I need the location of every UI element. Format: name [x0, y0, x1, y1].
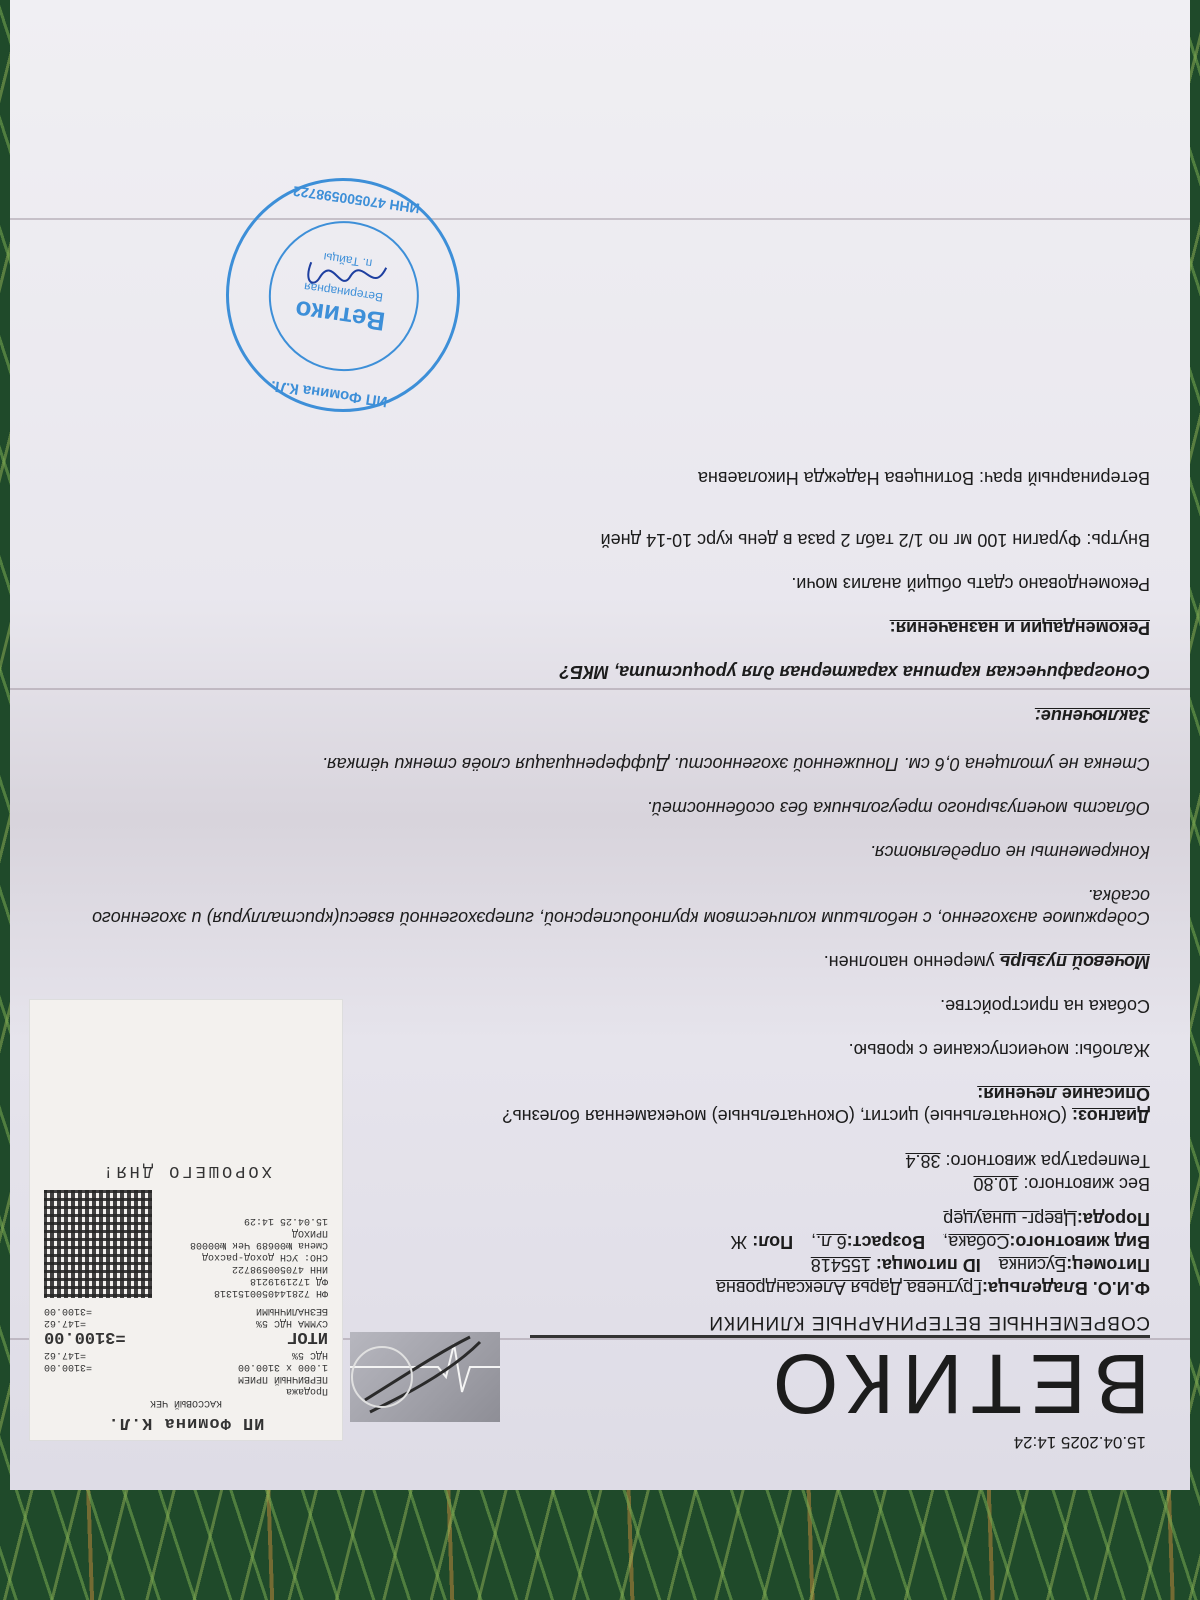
cash-receipt: ИП Фомина К.Л. КАССОВЫЙ ЧЕК Продажа ПЕРВ… — [30, 1000, 342, 1440]
receipt-total: =3100.00 — [44, 1330, 126, 1342]
vet-name: Вотинцева Надежда Николаевна — [698, 468, 974, 488]
pet-age: 6 л., — [811, 1232, 847, 1252]
pet-id: 155418 — [811, 1255, 871, 1275]
pet-name: Бусинка — [999, 1255, 1067, 1275]
vet-document: 15.04.2025 14:24 ВЕТИКО СОВРЕМЕННЫЕ ВЕТЕ… — [10, 0, 1190, 1490]
owner-name: Грутнева Дарья Александровна — [716, 1278, 982, 1298]
bladder-text: умеренно наполнен. — [824, 952, 995, 972]
complaints-text: мочеиспускание с кровью. — [849, 1040, 1070, 1060]
receipt-farewell: ХОРОШЕГО ДНЯ! — [44, 1164, 328, 1176]
receipt-seller: ИП Фомина К.Л. — [44, 1416, 328, 1428]
clinic-logo: ВЕТИКО — [510, 1342, 1150, 1426]
conclusion-text: Сонографическая картина характерная для … — [50, 661, 1150, 683]
recommendations-heading: Рекомендации и назначения: — [50, 617, 1150, 639]
pet-sex: Ж — [731, 1232, 748, 1252]
recommendation-2: Внутрь: Фурагин 100 мг по 1/2 табл 2 раз… — [50, 529, 1150, 551]
finding-4: Стенка не утолщена 0,6 см. Пониженной эх… — [50, 753, 1150, 775]
finding-2: Конкременты не определяются. — [50, 841, 1150, 863]
hand-with-heartbeat-icon — [350, 1332, 500, 1422]
pet-species: Собака, — [943, 1232, 1009, 1252]
finding-3: Область мочепузырного треугольника без о… — [50, 797, 1150, 819]
pet-weight: 10.80 — [973, 1174, 1018, 1194]
pet-temperature: 38.4 — [905, 1151, 940, 1171]
paper-fold — [10, 218, 1190, 220]
finding-1: Содержимое анэхогенно, с небольшим колич… — [50, 885, 1150, 929]
clinic-tagline: СОВРЕМЕННЫЕ ВЕТЕРИНАРНЫЕ КЛИНИКИ — [530, 1311, 1150, 1338]
receipt-item: ПЕРВИЧНЫЙ ПРИЕМ — [44, 1372, 328, 1384]
clinic-stamp: ИП Фомина К.Л. Ветико Ветеринарная п. Та… — [211, 163, 475, 427]
conclusion-heading: Заключение: — [50, 705, 1150, 727]
recommendation-1: Рекомендовано сдать общий анализ мочи. — [50, 573, 1150, 595]
pet-breed: Цверг- шнауцер — [943, 1209, 1077, 1229]
qr-code-icon — [44, 1190, 152, 1298]
diagnosis-text: (Окончательные) цистит, (Окончательные) … — [502, 1106, 1067, 1126]
